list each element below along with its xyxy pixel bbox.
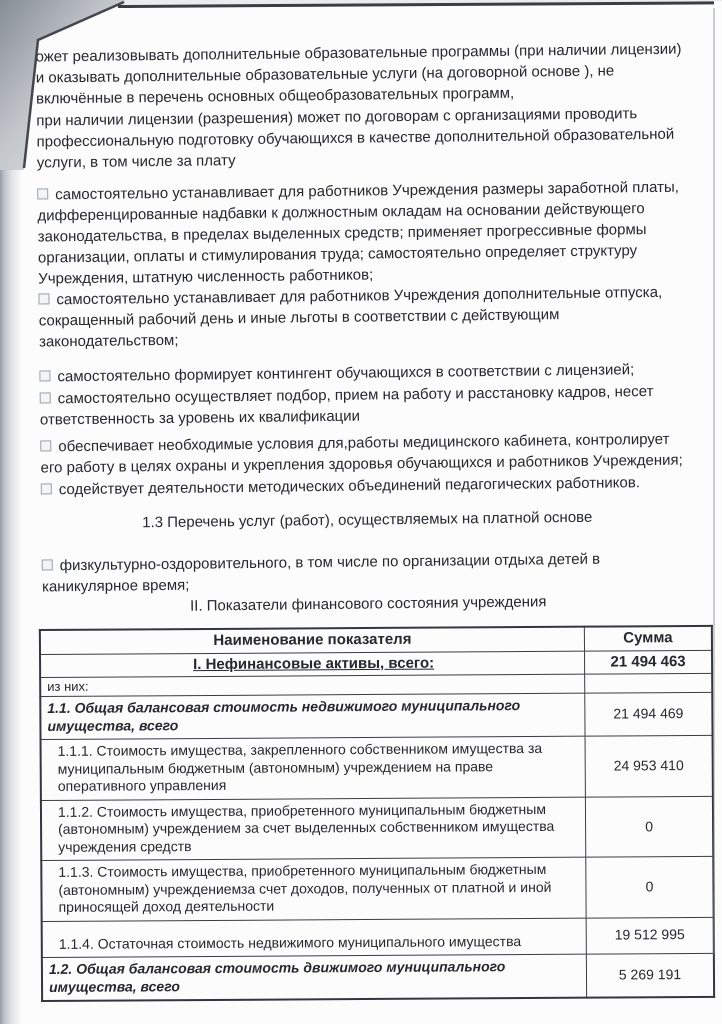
table-header-name: Наименование показателя bbox=[40, 627, 585, 654]
row-label: 1.1.1. Стоимость имущества, закрепленног… bbox=[41, 736, 586, 800]
checkbox-icon bbox=[40, 440, 51, 451]
bullet-item-staffing: самостоятельно осуществляет подбор, прие… bbox=[40, 381, 692, 431]
section-heading-1-3: 1.3 Перечень услуг (работ), осуществляем… bbox=[41, 506, 693, 535]
row-value: 0 bbox=[586, 856, 714, 917]
row-value: 24 953 410 bbox=[585, 735, 713, 796]
row-label: 1.1.4. Остаточная стоимость недвижимого … bbox=[42, 918, 587, 958]
table-row-1-1-2: 1.1.2. Стоимость имущества, приобретенно… bbox=[41, 796, 713, 861]
checkbox-icon bbox=[39, 370, 50, 381]
table-row-1-2: 1.2. Общая балансовая стоимость движимог… bbox=[42, 953, 714, 1001]
bullet-item-leave: самостоятельно устанавливает для работни… bbox=[38, 282, 691, 353]
checkbox-icon bbox=[42, 559, 53, 570]
bullet-text: самостоятельно устанавливает для работни… bbox=[39, 284, 663, 351]
row-value: 0 bbox=[585, 796, 713, 857]
page-corner-fold-artifact bbox=[0, 0, 140, 172]
finance-table: Наименование показателя Сумма I. Нефинан… bbox=[39, 625, 715, 1002]
row-value: 21 494 463 bbox=[585, 650, 713, 674]
row-label: 1.1. Общая балансовая стоимость недвижим… bbox=[40, 693, 585, 739]
bullet-text: содействует деятельности методических об… bbox=[59, 474, 640, 498]
bullet-text: самостоятельно осуществляет подбор, прие… bbox=[40, 383, 654, 428]
table-row-1-1: 1.1. Общая балансовая стоимость недвижим… bbox=[40, 692, 712, 739]
checkbox-icon bbox=[40, 392, 51, 403]
bullet-item-medical: обеспечивает необходимые условия для,раб… bbox=[40, 429, 692, 479]
checkbox-icon bbox=[37, 188, 48, 199]
table-row-1-1-4: 1.1.4. Остаточная стоимость недвижимого … bbox=[42, 917, 714, 958]
checkbox-icon bbox=[41, 483, 52, 494]
checkbox-icon bbox=[38, 293, 49, 304]
row-label: 1.1.3. Стоимость имущества, приобретенно… bbox=[41, 857, 586, 921]
row-label: 1.2. Общая балансовая стоимость движимог… bbox=[42, 954, 587, 1001]
bullet-item-salary: самостоятельно устанавливает для работни… bbox=[37, 177, 690, 290]
scanned-document-page: ожет реализовывать дополнительные образо… bbox=[0, 0, 722, 1024]
page-right-edge-line bbox=[713, 8, 715, 954]
table-header-sum: Сумма bbox=[584, 626, 712, 651]
scan-left-shadow bbox=[0, 158, 22, 1024]
bullet-text: самостоятельно устанавливает для работни… bbox=[37, 179, 679, 288]
table-row-1-1-1: 1.1.1. Стоимость имущества, закрепленног… bbox=[41, 735, 713, 800]
table-row-1-1-3: 1.1.3. Стоимость имущества, приобретенно… bbox=[41, 856, 713, 921]
bullet-text: физкультурно-оздоровительного, в том чис… bbox=[42, 551, 600, 596]
row-value: 19 512 995 bbox=[586, 917, 714, 954]
finance-table-section: Наименование показателя Сумма I. Нефинан… bbox=[41, 625, 695, 1002]
bullet-text: обеспечивает необходимые условия для,раб… bbox=[40, 431, 682, 477]
row-value bbox=[585, 673, 713, 693]
row-value: 21 494 469 bbox=[585, 692, 713, 736]
row-value: 5 269 191 bbox=[586, 953, 714, 997]
row-label: I. Нефинансовые активы, всего: bbox=[40, 651, 585, 678]
row-label: 1.1.2. Стоимость имущества, приобретенно… bbox=[41, 797, 586, 861]
